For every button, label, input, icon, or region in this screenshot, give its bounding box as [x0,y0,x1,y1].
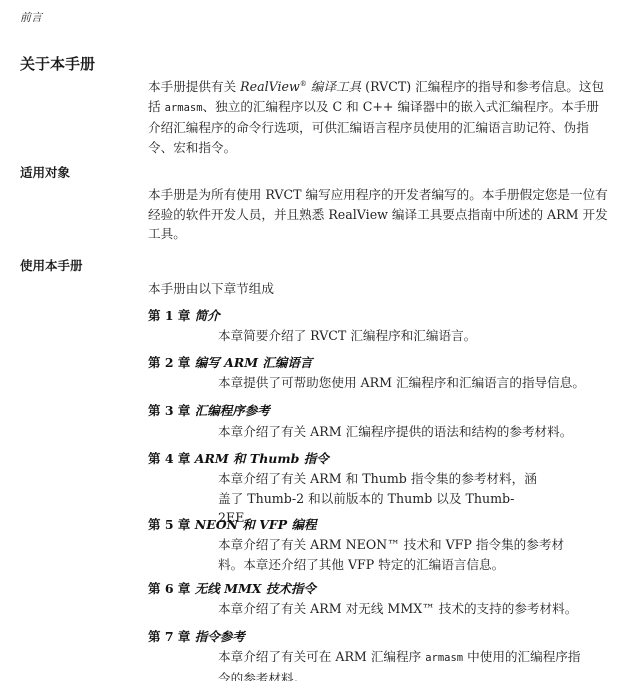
chapter-3-desc: 本章介绍了有关 ARM 汇编程序提供的语法和结构的参考材料。 [218,422,588,442]
chapter-2-title: 第 2 章 编写 ARM 汇编语言 [148,353,312,371]
chapter-2-desc: 本章提供了可帮助您使用 ARM 汇编程序和汇编语言的指导信息。 [218,373,588,393]
about-paragraph: 本手册提供有关 RealView® 编译工具 (RVCT) 汇编程序的指导和参考… [148,75,608,157]
section-title-using: 使用本手册 [20,256,83,274]
code-armasm: armasm [425,652,463,664]
chapter-6-desc: 本章介绍了有关 ARM 对无线 MMX™ 技术的支持的参考材料。 [218,599,588,619]
using-intro: 本手册由以下章节组成 [148,279,608,299]
chapter-1-desc: 本章简要介绍了 RVCT 汇编程序和汇编语言。 [218,326,588,346]
code-armasm: armasm [165,102,203,114]
section-title-about: 关于本手册 [20,53,95,74]
chapter-4-title: 第 4 章 ARM 和 Thumb 指令 [148,449,329,467]
section-title-audience: 适用对象 [20,163,70,181]
audience-paragraph: 本手册是为所有使用 RVCT 编写应用程序的开发者编写的。本手册假定您是一位有经… [148,185,608,244]
chapter-7-title: 第 7 章 指令参考 [148,627,245,645]
page-header: 前言 [20,9,42,25]
chapter-7-desc: 本章介绍了有关可在 ARM 汇编程序 armasm 中使用的汇编程序指令的参考材… [218,647,583,681]
chapter-5-desc: 本章介绍了有关 ARM NEON™ 技术和 VFP 指令集的参考材料。本章还介绍… [218,535,583,574]
chapter-6-title: 第 6 章 无线 MMX 技术指令 [148,579,316,597]
chapter-3-title: 第 3 章 汇编程序参考 [148,401,270,419]
chapter-1-title: 第 1 章 简介 [148,306,220,324]
chapter-5-title: 第 5 章 NEON 和 VFP 编程 [148,515,317,533]
